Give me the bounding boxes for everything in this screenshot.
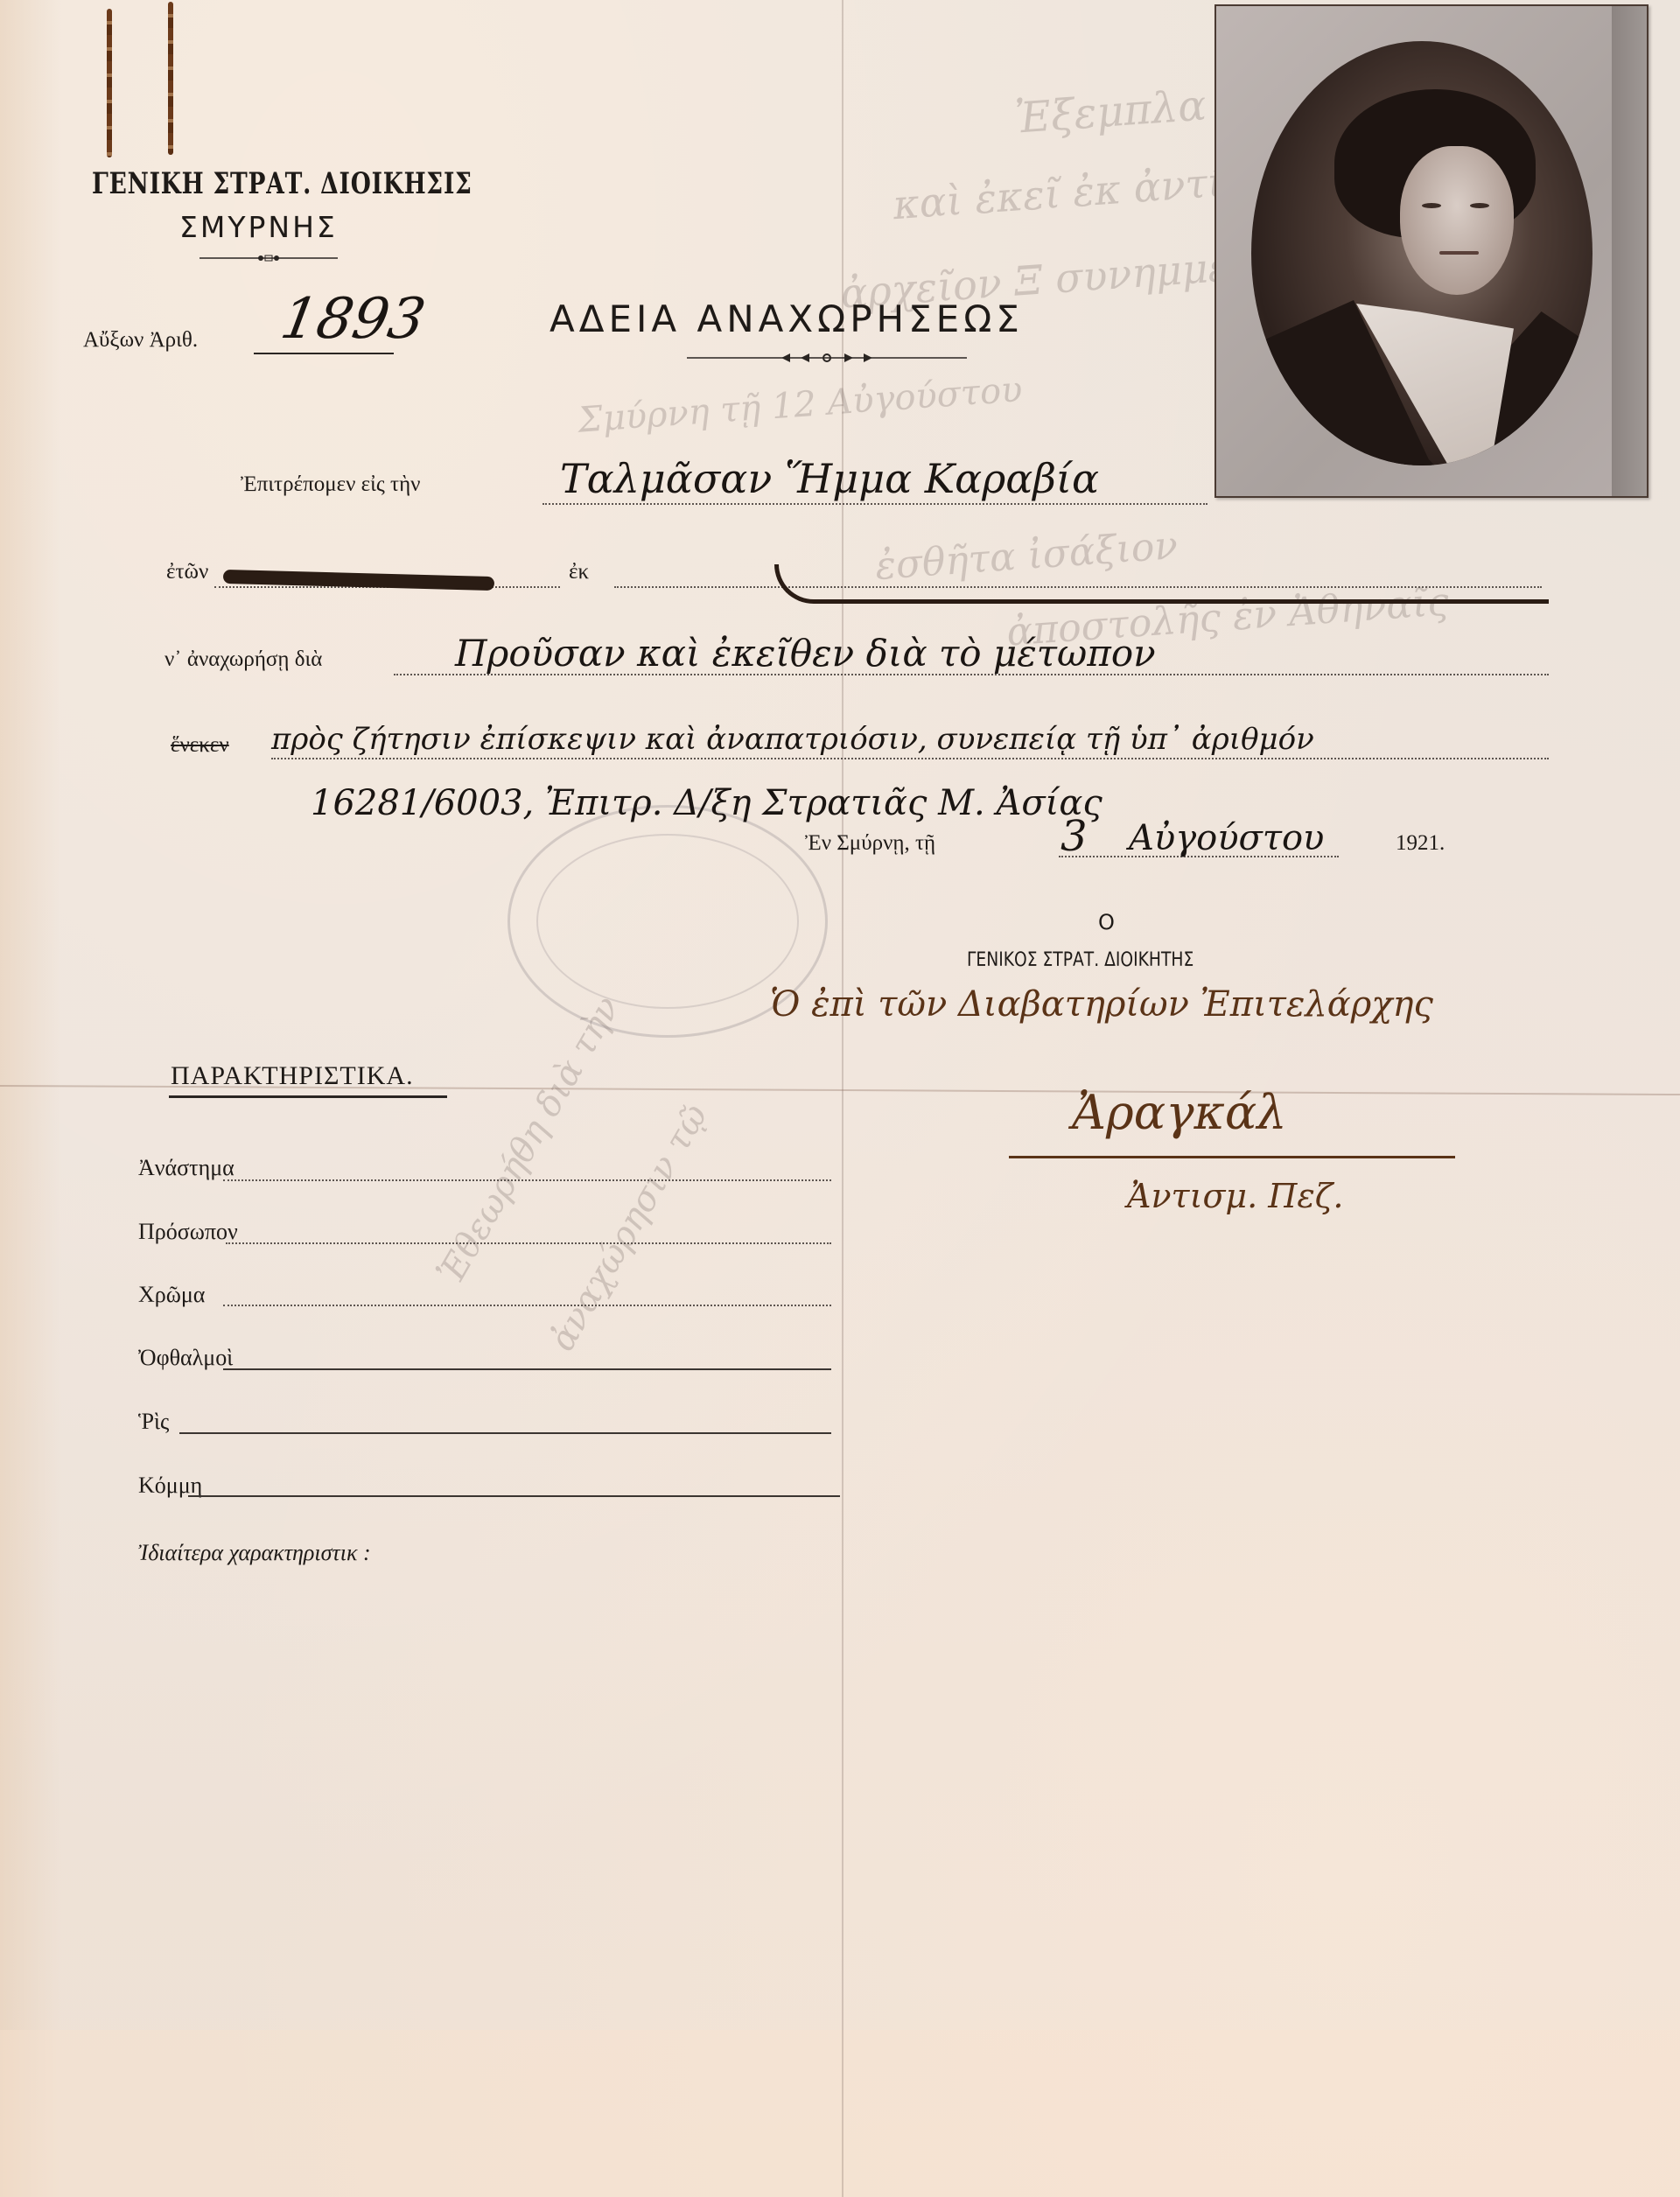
- grant-name-value: Ταλμᾶσαν Ἥμμα Καραβία: [560, 455, 1099, 502]
- feature-complexion-label: Χρῶμα: [138, 1282, 205, 1308]
- organization-name: ΓΕΝΙΚΗ ΣΤΡΑΤ. ΔΙΟΙΚΗΣΙΣ: [92, 166, 472, 201]
- signature-underline: [1009, 1156, 1455, 1158]
- departure-label: ν᾽ ἀναχωρήσῃ διὰ: [164, 647, 322, 672]
- reason-value-line1: πρὸς ζήτησιν ἐπίσκεψιν καὶ ἀναπατριόσιν,…: [271, 722, 1314, 757]
- from-label: ἐκ: [569, 560, 589, 584]
- reason-label-struck: ἕνεκεν: [171, 733, 229, 758]
- reason-field-line: [271, 758, 1549, 759]
- feature-complexion-field: [223, 1305, 831, 1306]
- ornament-divider-icon: [199, 254, 338, 262]
- paper-discoloration: [0, 2030, 1680, 2197]
- departure-value: Προῦσαν καὶ ἐκεῖθεν διὰ τὸ μέτωπον: [455, 632, 1156, 675]
- serial-number-label: Αὔξων Ἀριθ.: [83, 328, 198, 353]
- rust-staple-mark: [107, 9, 112, 157]
- ornament-divider-icon: [687, 352, 967, 364]
- paper-edge-stain: [0, 0, 61, 2197]
- grant-field-line: [542, 503, 1207, 505]
- signatory-article: Ο: [1098, 910, 1115, 934]
- special-features-label: Ἰδιαίτερα χαρακτηριστικ :: [138, 1540, 371, 1566]
- signatory-title: ΓΕΝΙΚΟΣ ΣΤΡΑΤ. ΔΙΟΙΚΗΤΗΣ: [967, 949, 1193, 971]
- date-year: 1921.: [1396, 831, 1445, 856]
- organization-city: ΣΜΥΡΝΗΣ: [179, 210, 338, 244]
- feature-nose-field: [179, 1432, 831, 1434]
- place-label: Ἐν Σμύρνῃ, τῇ: [805, 831, 935, 856]
- from-strikeout-mark: [774, 564, 1549, 604]
- feature-nose-label: Ῥὶς: [138, 1409, 169, 1435]
- age-label: ἐτῶν: [166, 560, 208, 584]
- signatory-rank: Ἀντισμ. Πεζ.: [1127, 1177, 1343, 1215]
- feature-face-field: [226, 1242, 831, 1244]
- feature-height-field: [223, 1179, 831, 1181]
- portrait-photo: [1214, 4, 1648, 498]
- serial-underline: [254, 353, 394, 354]
- serial-number-value: 1893: [276, 287, 430, 352]
- signature: Ἀραγκάλ: [1072, 1085, 1287, 1140]
- features-heading: ΠΑΡΑΚΤΗΡΙΣΤΙΚΑ.: [171, 1061, 414, 1091]
- feature-eyes-label: Ὀφθαλμοὶ: [138, 1345, 233, 1371]
- grant-label: Ἐπιτρέπομεν εἰς τὴν: [241, 472, 420, 497]
- feature-face-label: Πρόσωπον: [138, 1219, 238, 1245]
- portrait-oval: [1251, 41, 1592, 465]
- date-day-value: 3: [1060, 812, 1088, 861]
- rust-staple-mark: [168, 2, 173, 155]
- reason-value-line2: 16281/6003, Ἐπιτρ. Δ/ξη Στρατιᾶς Μ. Ἀσία…: [311, 783, 1102, 823]
- feature-height-label: Ἀνάστημα: [138, 1155, 234, 1181]
- document-title: ΑΔΕΙΑ ΑΝΑΧΩΡΗΣΕΩΣ: [549, 297, 1024, 340]
- features-heading-underline: [169, 1095, 447, 1098]
- signatory-role-handwritten: Ὁ ἐπὶ τῶν Διαβατηρίων Ἐπιτελάρχης: [770, 984, 1433, 1025]
- date-month-value: Αὐγούστου: [1129, 818, 1324, 858]
- feature-eyes-field: [223, 1368, 831, 1370]
- feature-hair-field: [188, 1495, 840, 1497]
